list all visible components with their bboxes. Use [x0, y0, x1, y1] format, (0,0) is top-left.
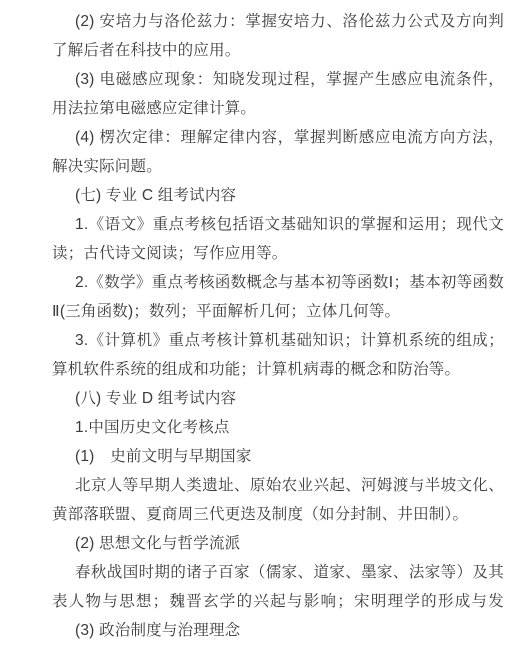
text-line-22: (3) 政治制度与治理理念	[52, 616, 504, 645]
text-line-18: 黄部落联盟、夏商周三代更迭及制度（如分封制、井田制）。	[52, 500, 504, 529]
text-line-5: (4) 楞次定律：理解定律内容，掌握判断感应电流方向方法，能	[52, 123, 504, 152]
document-body: (2) 安培力与洛伦兹力：掌握安培力、洛伦兹力公式及方向判断，了解后者在科技中的…	[0, 0, 531, 645]
text-line-6: 解决实际问题。	[52, 152, 504, 181]
text-line-17: 北京人等早期人类遗址、原始农业兴起、河姆渡与半坡文化、炎	[52, 471, 504, 500]
text-line-9: 读；古代诗文阅读；写作应用等。	[52, 239, 504, 268]
text-line-21: 表人物与思想；魏晋玄学的兴起与影响；宋明理学的形成与发展。	[52, 587, 504, 616]
document-page: (2) 安培力与洛伦兹力：掌握安培力、洛伦兹力公式及方向判断，了解后者在科技中的…	[0, 0, 531, 661]
text-line-10: 2.《数学》重点考核函数概念与基本初等函数Ⅰ；基本初等函数	[52, 268, 504, 297]
text-line-8: 1.《语文》重点考核包括语文基础知识的掌握和运用；现代文阅	[52, 210, 504, 239]
text-line-19: (2) 思想文化与哲学流派	[52, 529, 504, 558]
text-line-4: 用法拉第电磁感应定律计算。	[52, 94, 504, 123]
text-line-15: 1.中国历史文化考核点	[52, 413, 504, 442]
text-line-16: (1) 史前文明与早期国家	[52, 442, 504, 471]
text-line-7: (七) 专业 C 组考试内容	[52, 181, 504, 210]
text-line-14: (八) 专业 D 组考试内容	[52, 384, 504, 413]
text-line-1: (2) 安培力与洛伦兹力：掌握安培力、洛伦兹力公式及方向判断，	[52, 7, 504, 36]
text-line-20: 春秋战国时期的诸子百家（儒家、道家、墨家、法家等）及其代	[52, 558, 504, 587]
text-line-3: (3) 电磁感应现象：知晓发现过程，掌握产生感应电流条件，会	[52, 65, 504, 94]
text-line-12: 3.《计算机》重点考核计算机基础知识；计算机系统的组成；计	[52, 326, 504, 355]
text-line-13: 算机软件系统的组成和功能；计算机病毒的概念和防治等。	[52, 355, 504, 384]
text-line-2: 了解后者在科技中的应用。	[52, 36, 504, 65]
text-line-11: Ⅱ(三角函数)；数列；平面解析几何；立体几何等。	[52, 297, 504, 326]
